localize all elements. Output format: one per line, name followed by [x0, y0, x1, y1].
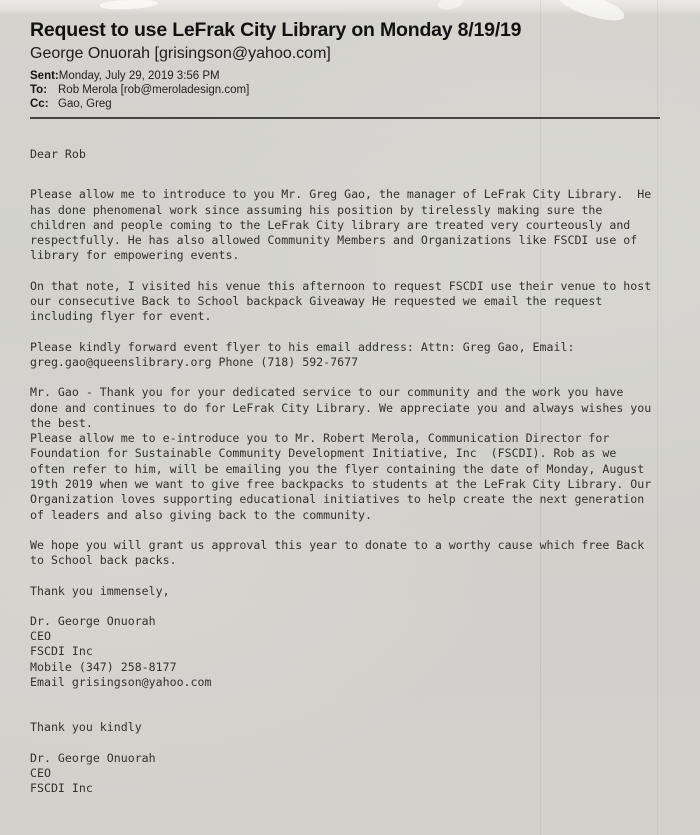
signature-block: Dr. George Onuorah CEO FSCDI Inc Mobile … [30, 614, 678, 690]
sent-row: Sent: Monday, July 29, 2019 3:56 PM [30, 69, 676, 83]
closing-line: Thank you immensely, [30, 584, 678, 599]
signature-block: Dr. George Onuorah CEO FSCDI Inc [30, 751, 678, 797]
email-subject: Request to use LeFrak City Library on Mo… [30, 19, 676, 42]
cc-row: Cc: Gao, Greg [30, 97, 676, 111]
sent-value: Monday, July 29, 2019 3:56 PM [59, 69, 220, 83]
body-paragraph: Mr. Gao - Thank you for your dedicated s… [30, 385, 678, 523]
email-meta-fields: Sent: Monday, July 29, 2019 3:56 PM To: … [30, 69, 676, 111]
scanned-email-page: Request to use LeFrak City Library on Mo… [0, 0, 700, 835]
to-label: To: [30, 83, 58, 97]
body-paragraph: Please allow me to introduce to you Mr. … [30, 187, 678, 263]
body-paragraph: On that note, I visited his venue this a… [30, 279, 678, 325]
email-header: Request to use LeFrak City Library on Mo… [30, 19, 676, 111]
salutation: Dear Rob [30, 147, 678, 162]
body-paragraph: We hope you will grant us approval this … [30, 538, 678, 569]
sent-label: Sent: [30, 69, 59, 83]
email-from: George Onuorah [grisingson@yahoo.com] [30, 45, 676, 63]
closing-line: Thank you kindly [30, 720, 678, 735]
cc-label: Cc: [30, 97, 58, 111]
email-body: Dear Rob Please allow me to introduce to… [30, 147, 678, 797]
to-value: Rob Merola [rob@meroladesign.com] [58, 83, 249, 97]
header-divider [30, 117, 660, 119]
to-row: To: Rob Merola [rob@meroladesign.com] [30, 83, 676, 97]
body-paragraph: Please kindly forward event flyer to his… [30, 340, 678, 371]
cc-value: Gao, Greg [58, 97, 112, 111]
